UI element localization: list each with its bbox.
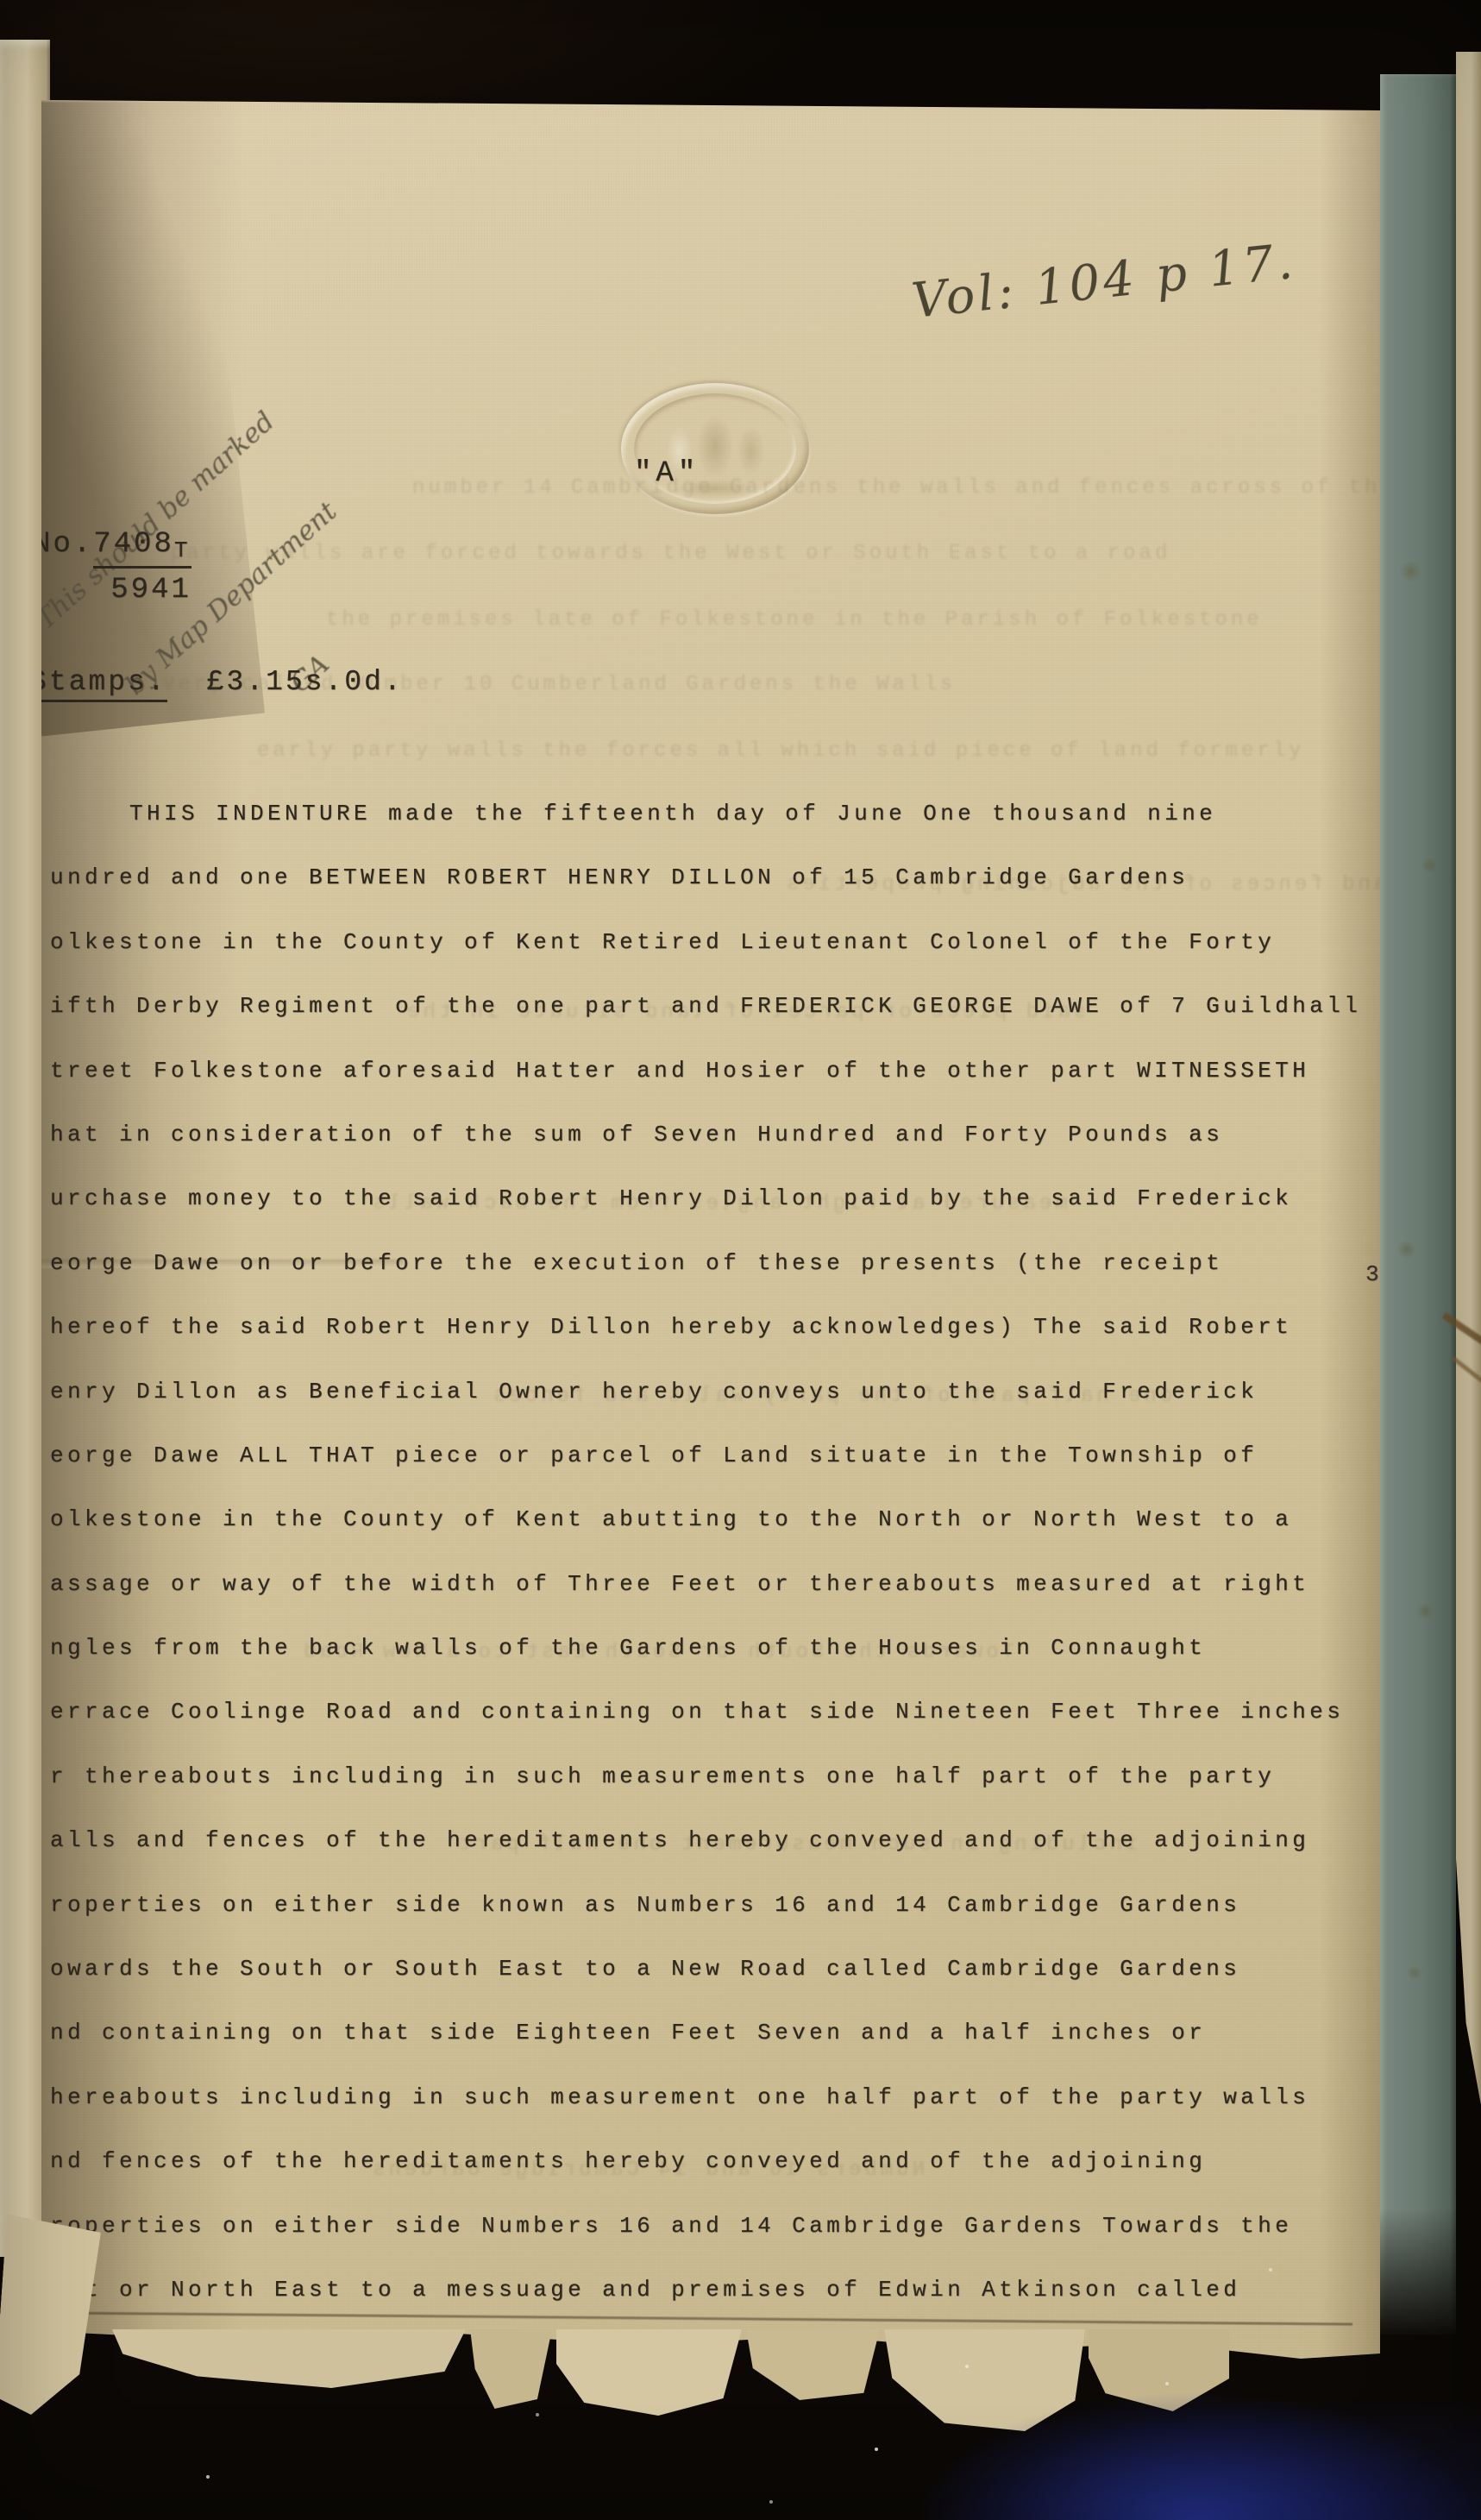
deed-text-line: hat in consideration of the sum of Seven… — [50, 1103, 1380, 1166]
deed-text-line: ifth Derby Regiment of the one part and … — [50, 974, 1380, 1038]
torn-paper-fragment — [470, 2329, 552, 2409]
deed-text-line: owards the South or South East to a New … — [50, 1937, 1380, 2001]
torn-paper-fragment — [884, 2329, 1085, 2431]
deed-text-line: hereof the said Robert Henry Dillon here… — [50, 1295, 1380, 1359]
reference-secondary: 5941 — [93, 569, 191, 606]
deed-page: This should be marked by Map Department … — [41, 97, 1380, 2364]
torn-paper-fragment — [0, 2214, 102, 2418]
deed-text-line: olkestone in the County of Kent abutting… — [50, 1487, 1380, 1551]
bleed-through-fragment: very called Number 10 Cumberland Gardens… — [162, 673, 956, 696]
torn-paper-fragment — [112, 2329, 466, 2388]
binding-tape — [1380, 74, 1456, 2335]
torn-paper-fragment — [556, 2329, 742, 2416]
bleed-through-fragment: party walls are forced towards the West … — [171, 542, 1170, 565]
deed-text-line: eorge Dawe on or before the execution of… — [50, 1231, 1380, 1295]
scanned-deed-screenshot: { "page_type": "Scanned typewritten inde… — [0, 0, 1481, 2520]
margin-mark: 3 — [1365, 1261, 1379, 1287]
bleed-through-fragment: number 14 Cambridge Gardens the walls an… — [412, 476, 1380, 500]
reference-digits: 7408 — [93, 528, 174, 561]
torn-paper-fragment — [746, 2329, 880, 2400]
deed-text-line: nd containing on that side Eighteen Feet… — [50, 2001, 1380, 2064]
deed-text-line: alls and fences of the hereditaments her… — [50, 1808, 1380, 1872]
deed-text-line: eorge Dawe ALL THAT piece or parcel of L… — [50, 1423, 1380, 1487]
deed-text-line: errace Coolinge Road and containing on t… — [50, 1680, 1380, 1744]
volume-annotation: Vol: 104 p 17. — [909, 227, 1361, 330]
deed-text-line: THIS INDENTURE made the fifteenth day of… — [50, 782, 1380, 845]
deed-text-line: ast or North East to a messuage and prem… — [50, 2258, 1380, 2322]
torn-paper-fragment — [1089, 2329, 1229, 2411]
deed-text-line: r thereabouts including in such measurem… — [50, 1744, 1380, 1808]
deed-text-line: enry Dillon as Beneficial Owner hereby c… — [50, 1360, 1380, 1423]
bleed-through-fragment: early party walls the forces all which s… — [257, 739, 1305, 763]
bleed-through-fragment: the premises late of Folkestone in the P… — [326, 608, 1263, 632]
deed-text-line: nd fences of the hereditaments hereby co… — [50, 2129, 1380, 2193]
right-page-edge — [1456, 52, 1481, 2105]
deed-text-line: roperties on either side Numbers 16 and … — [50, 2194, 1380, 2258]
deed-body-text: THIS INDENTURE made the fifteenth day of… — [50, 782, 1380, 2322]
reference-prefix: No. — [41, 528, 93, 561]
stamps-label: Stamps. — [41, 666, 167, 702]
deed-text-line: urchase money to the said Robert Henry D… — [50, 1166, 1380, 1230]
deed-text-line: ngles from the back walls of the Gardens… — [50, 1616, 1380, 1680]
binding-tape-shadow — [1380, 2209, 1456, 2364]
deed-text-line: hereabouts including in such measurement… — [50, 2065, 1380, 2129]
dust-specks — [0, 0, 2, 2]
reference-number: No.7408T5941 — [41, 528, 191, 606]
deed-text-line: roperties on either side known as Number… — [50, 1873, 1380, 1937]
deed-text-line: treet Folkestone aforesaid Hatter and Ho… — [50, 1039, 1380, 1103]
deed-text-line: assage or way of the width of Three Feet… — [50, 1552, 1380, 1616]
deed-text-line: olkestone in the County of Kent Retired … — [50, 910, 1380, 974]
deed-text-line: undred and one BETWEEN ROBERT HENRY DILL… — [50, 845, 1380, 909]
